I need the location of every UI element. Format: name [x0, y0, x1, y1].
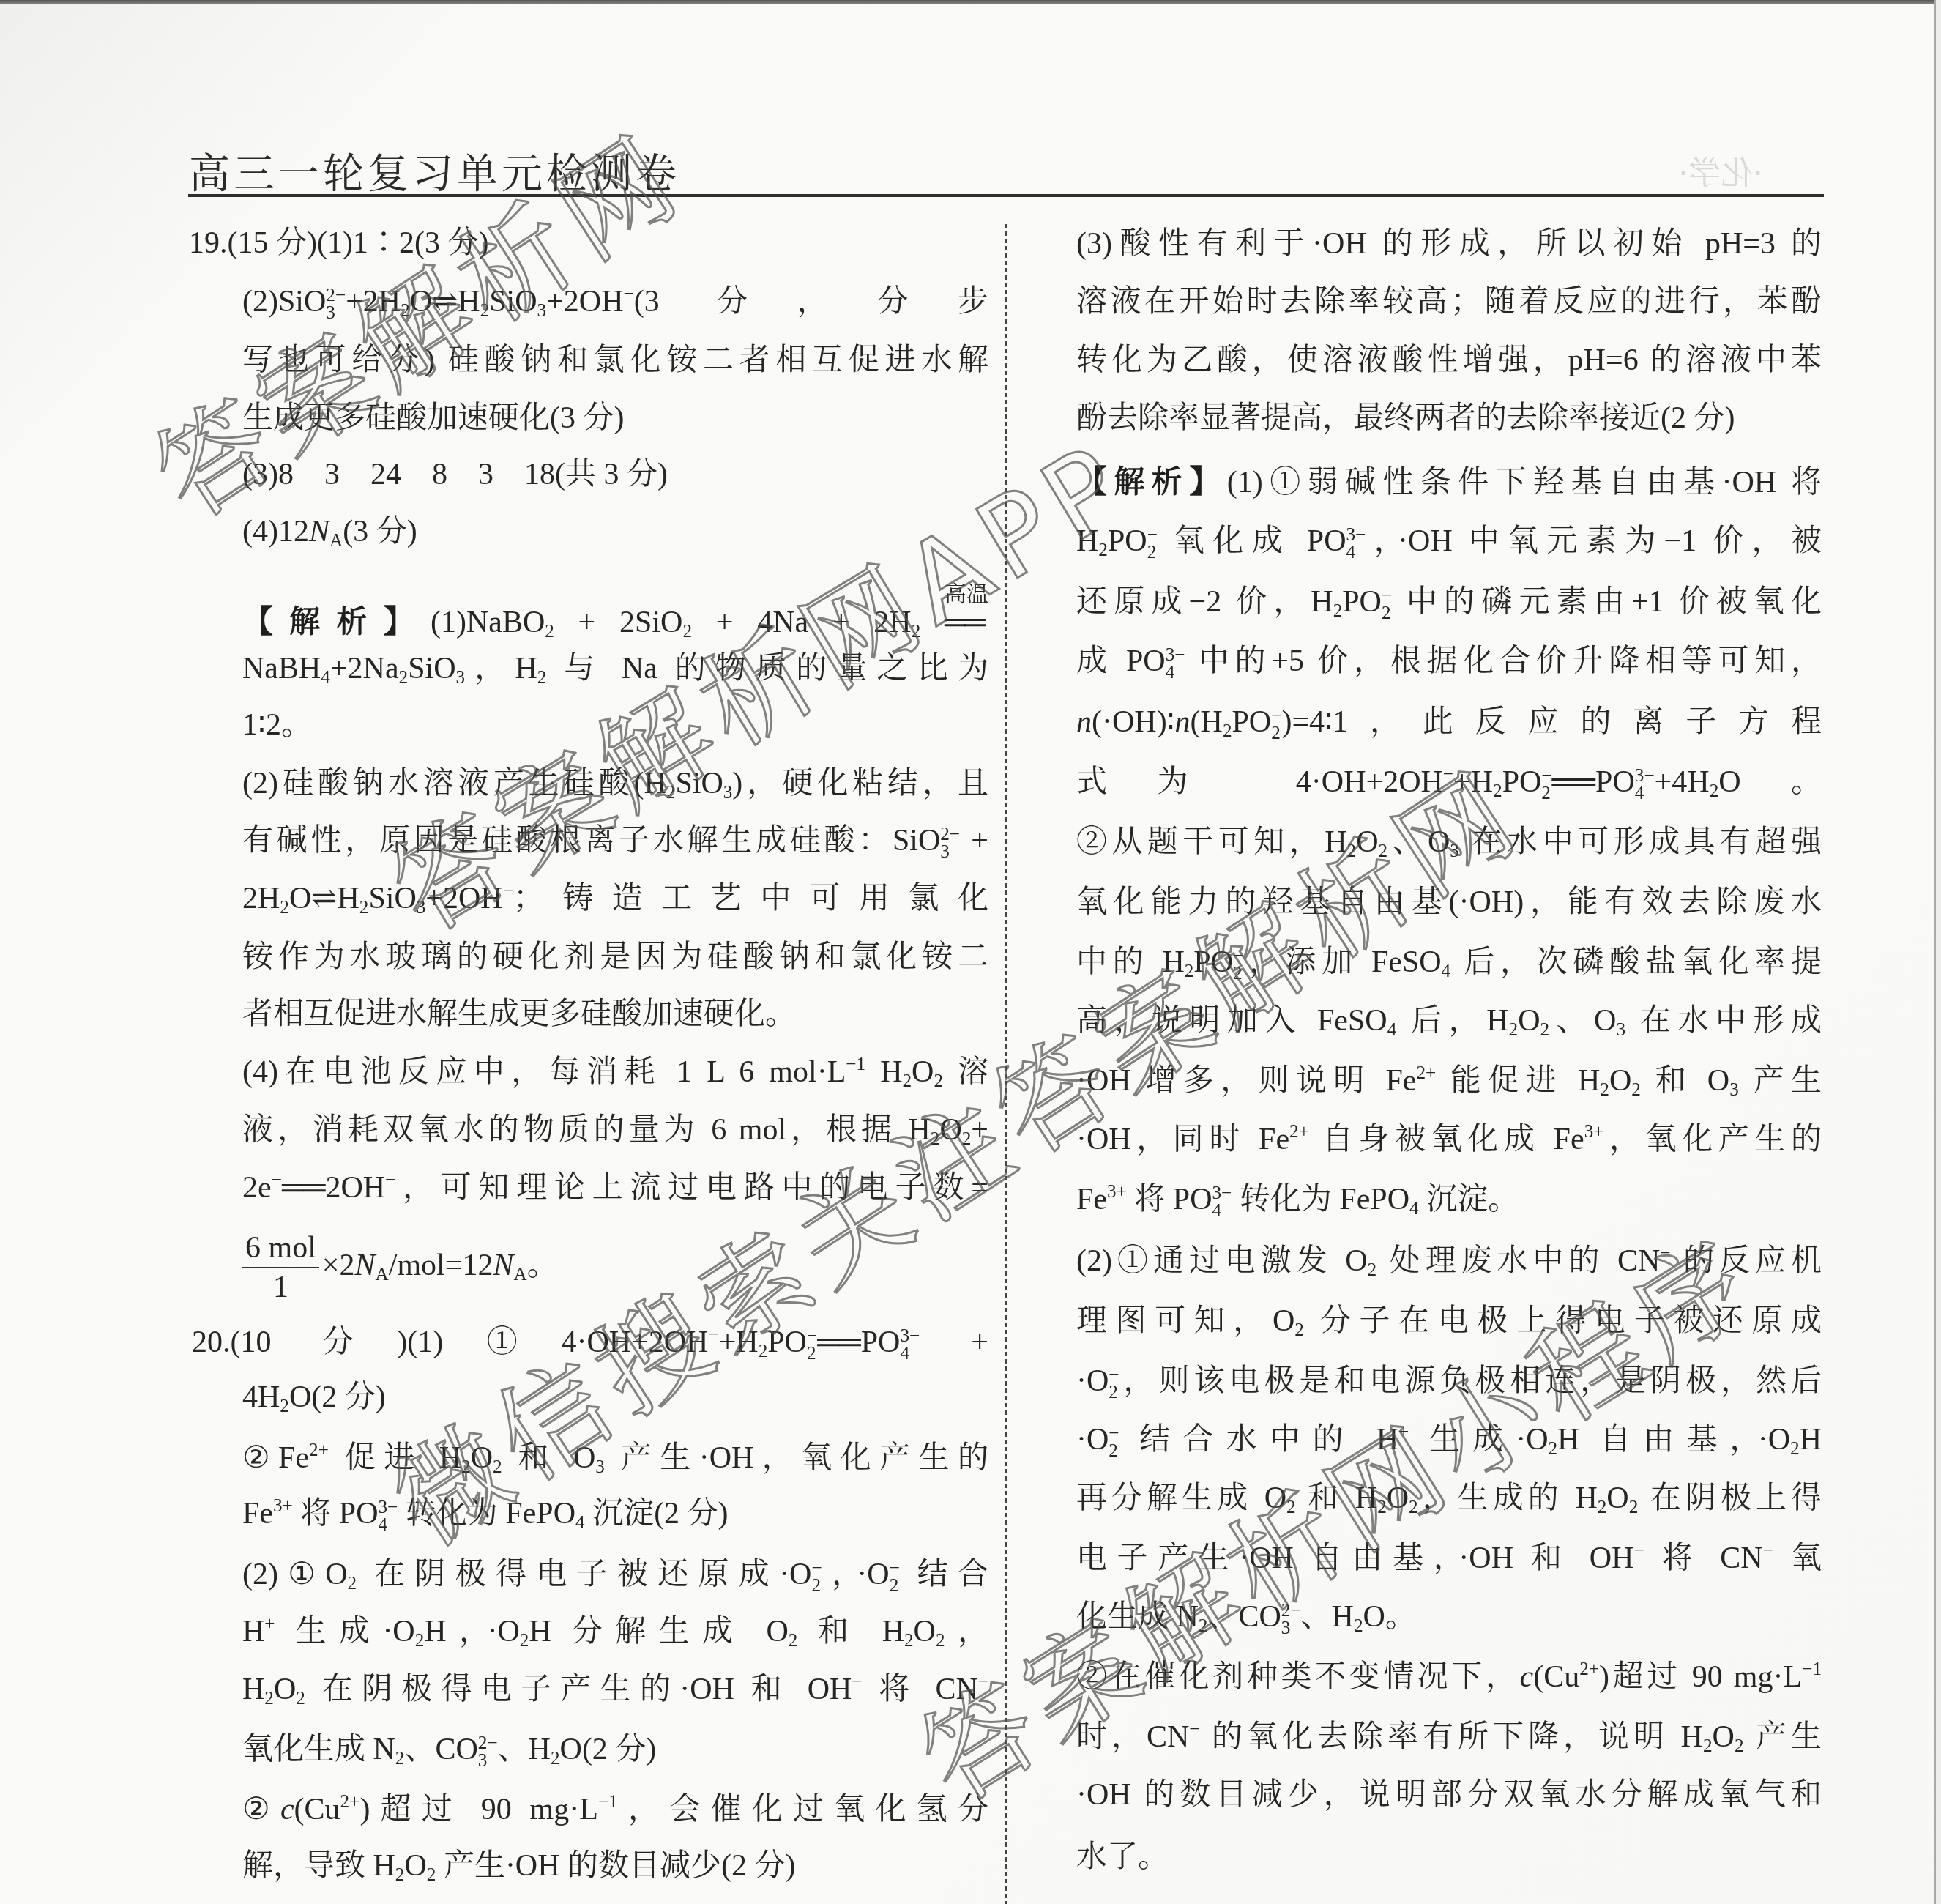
subscript: 3 [456, 668, 466, 688]
subscript: A [376, 1265, 389, 1284]
superscript: − [852, 1672, 862, 1692]
text-line: 水了。 [1076, 1828, 1822, 1886]
subscript: 2 [912, 622, 921, 642]
subscript: 2 [545, 622, 554, 642]
superscript: − [890, 1560, 900, 1577]
subscript: 4 [1409, 1199, 1419, 1219]
subscript: 2 [1185, 962, 1194, 981]
subscript: 3 [326, 305, 346, 322]
stacked-index: −2 [1382, 587, 1392, 622]
subscript: 2 [1098, 540, 1108, 560]
subscript: 2 [1509, 1020, 1519, 1040]
subscript: 4 [575, 1513, 585, 1533]
text-line: NaBH4+2Na2SiO3，H2 与 Na 的物质的量之比为 [242, 639, 988, 698]
stacked-index: −2 [890, 1560, 900, 1595]
subscript: 2 [493, 1457, 502, 1477]
superscript: − [1147, 527, 1158, 544]
text-line: 中的 H2PO−2，添加 FeSO4 后，次磷酸盐氧化率提 [1076, 933, 1822, 992]
superscript: − [1443, 765, 1453, 784]
text-line: H+ 生成·O2H，·O2H 分解生成 O2 和 H2O2， [242, 1602, 988, 1661]
subscript: 2 [1540, 1020, 1549, 1040]
fraction-denominator: 1 [242, 1268, 319, 1306]
subscript: 2 [1368, 1260, 1377, 1280]
superscript: 3+ [273, 1496, 293, 1516]
text-line: 19.(15 分)(1)1∶2(3 分) [189, 214, 988, 272]
superscript: 2+ [1579, 1659, 1599, 1679]
superscript: 2− [940, 826, 960, 844]
subscript: 2 [1147, 544, 1158, 562]
subscript: 2 [936, 1631, 945, 1651]
superscript: 3+ [1107, 1182, 1127, 1202]
text-line: 者相互促进水解生成更多硅酸加速硬化。 [242, 985, 988, 1044]
superscript: 3+ [1584, 1122, 1604, 1142]
subscript: 3 [1729, 1080, 1739, 1100]
superscript: 3− [1346, 527, 1366, 544]
superscript: − [1382, 587, 1392, 605]
scan-border-top [0, 0, 1941, 4]
equation-text: ×2NA/mol=12NA。 [322, 1249, 558, 1282]
text-line: (2)①通过电激发 O2 处理废水中的 CN− 的反应机 [1076, 1232, 1822, 1290]
subscript: 2 [931, 1129, 940, 1149]
subscript: 4 [379, 1517, 398, 1534]
superscript: −1 [598, 1792, 618, 1812]
text-line: 再分解生成 O2 和 H2O2，生成的 H2O2 在阴极上得 [1076, 1469, 1822, 1528]
subscript: 2 [1354, 1616, 1363, 1636]
subscript: 4 [1212, 1202, 1232, 1220]
subscript: 2 [348, 1574, 357, 1594]
italic-variable: n [1175, 705, 1191, 739]
subscript: A [329, 531, 343, 551]
subscript: 2 [1409, 1498, 1418, 1517]
subscript: 2 [759, 1342, 768, 1361]
superscript: 3− [1635, 767, 1655, 785]
subscript: 2 [1294, 1320, 1304, 1340]
superscript: 3− [1166, 647, 1185, 664]
text-line: (4)12NA(3 分) [242, 502, 988, 561]
italic-variable: n [1076, 705, 1092, 739]
subscript: 2 [934, 1071, 943, 1091]
text-line: (3)酸性有利于·OH 的形成，所以初始 pH=3 的 [1076, 215, 1822, 273]
subscript: 4 [321, 668, 330, 688]
superscript: 2+ [340, 1792, 360, 1812]
superscript: −1 [846, 1055, 865, 1074]
text-line: (2)①O2 在阴极得电子被还原成·O−2，·O−2 结合 [242, 1545, 988, 1604]
stacked-index: −2 [1271, 707, 1281, 743]
subscript: 2 [1377, 1498, 1387, 1517]
text-line: 写也可给分) 硅酸钠和氯化铵二者相互促进水解 [242, 331, 988, 390]
subscript: 2 [904, 1631, 914, 1651]
superscript: 2− [1281, 1602, 1301, 1620]
subscript: 2 [807, 1345, 817, 1363]
text-line: 6 mol1×2NA/mol=12NA。 [242, 1221, 988, 1309]
subscript: 2 [551, 1749, 560, 1769]
stacked-index: −2 [811, 1560, 822, 1595]
subscript: 2 [1382, 605, 1392, 622]
subscript: 2 [962, 1129, 972, 1149]
text-line: 还原成−2 价，H2PO−2 中的磷元素由+1 价被氧化 [1076, 573, 1822, 631]
header-rule [188, 194, 1824, 198]
text-line: 酚去除率显著提高，最终两者的去除率接近(2 分) [1076, 389, 1822, 447]
condition-label: 高温 [945, 582, 988, 607]
fraction-numerator: 6 mol [242, 1229, 319, 1268]
subscript: 4 [1346, 544, 1366, 562]
stacked-index: 2−3 [326, 287, 346, 322]
subscript: 4 [1635, 785, 1655, 803]
page-title: 高三一轮复习单元检测卷 [189, 150, 680, 198]
text-line: 化生成 N2、CO2−3、H2O。 [1076, 1588, 1822, 1646]
text-line: ②从题干可知，H2O2、O3 在水中可形成具有超强 [1076, 813, 1822, 871]
superscript: − [272, 1170, 282, 1190]
column-divider [1005, 224, 1007, 1904]
scan-margin-right [1936, 0, 1941, 1904]
subscript: 2 [1109, 1443, 1119, 1460]
subscript: 3 [1616, 1020, 1625, 1040]
superscript: − [1109, 1366, 1119, 1384]
subscript: 2 [1549, 1439, 1558, 1459]
fraction: 6 mol1 [242, 1229, 319, 1306]
text-line: 解，导致 H2O2 产生·OH 的数目减少(2 分) [242, 1837, 988, 1895]
subscript: 2 [1199, 1616, 1208, 1636]
subscript: 2 [1271, 725, 1281, 743]
italic-variable: N [493, 1249, 513, 1282]
superscript: − [503, 881, 513, 901]
text-line: 2e−══2OH−，可知理论上流过电路中的电子数= [242, 1159, 988, 1217]
text-line: ·OH，同时 Fe2+ 自身被氧化成 Fe3+，氧化产生的 [1076, 1110, 1822, 1169]
superscript: − [1633, 1541, 1644, 1561]
text-line: (2)硅酸钠水溶液产生硅酸(H2SiO3)，硬化粘结，且 [242, 754, 988, 813]
text-line: 式为 4·OH+2OH−+H2PO−2══PO3−4+4H2O。 [1076, 753, 1822, 811]
text-line: 4H2O(2 分) [242, 1368, 988, 1427]
superscript: 2+ [1289, 1122, 1309, 1142]
stacked-index: 2−3 [478, 1735, 498, 1770]
superscript: 2− [478, 1735, 498, 1752]
text-line: ②Fe2+ 促进 H2O2 和 O3 产生·OH，氧化产生的 [242, 1429, 988, 1487]
subscript: 2 [1233, 965, 1243, 983]
text-line: H2O2 在阴极得电子产生的·OH 和 OH− 将 CN− [242, 1660, 988, 1719]
italic-variable: c [1520, 1660, 1534, 1694]
analysis-label: 【解析】 [242, 603, 431, 639]
subscript: 2 [415, 1631, 425, 1651]
subscript: 3 [537, 301, 547, 321]
equals-sign: ══ [945, 607, 988, 638]
stacked-index: −2 [807, 1328, 817, 1363]
italic-variable: N [309, 515, 329, 548]
subscript: A [513, 1265, 526, 1284]
superscript: − [624, 284, 634, 304]
text-line: 时，CN− 的氧化去除率有所下降，说明 H2O2 产生 [1076, 1708, 1822, 1766]
subscript: 3 [1281, 1620, 1301, 1637]
subscript: 2 [1333, 601, 1343, 621]
stacked-index: 3−4 [379, 1499, 398, 1534]
superscript: −1 [1802, 1659, 1822, 1679]
stacked-index: 3−4 [1166, 647, 1185, 682]
superscript: − [1763, 1541, 1773, 1561]
superscript: + [1398, 1422, 1409, 1442]
superscript: − [1541, 767, 1551, 785]
analysis-label: 【解析】 [1076, 464, 1227, 499]
subscript: 2 [1790, 1439, 1800, 1459]
subscript: 2 [789, 1631, 798, 1651]
text-line: 1∶2。 [242, 696, 988, 754]
text-line: 氧化生成 N2、CO2−3、H2O(2 分) [242, 1720, 988, 1779]
subscript: 2 [682, 622, 692, 642]
superscript: − [1189, 1719, 1199, 1739]
text-line: 成 PO3−4 中的+5 价，根据化合价升降相等可知， [1076, 632, 1822, 691]
subscript: 2 [1223, 721, 1232, 741]
text-line: 转化为乙酸，使溶液酸性增强，pH=6 的溶液中苯 [1076, 331, 1822, 390]
subscript: 2 [1286, 1498, 1296, 1517]
superscript: 2+ [309, 1440, 329, 1460]
text-line: ·OH 的数目减少，说明部分双氧水分解成氧气和 [1076, 1766, 1822, 1824]
stacked-index: 3−4 [1212, 1185, 1232, 1220]
scanned-page: 高三一轮复习单元检测卷 ·化学· 19.(15 分)(1)1∶2(3 分) (2… [0, 0, 1941, 1904]
equation-text: (1)NaBO2 + 2SiO2 + 4Na + 2H2 [431, 606, 945, 639]
stacked-index: −2 [1109, 1366, 1119, 1402]
stacked-index: 2−3 [940, 826, 960, 861]
subscript: 2 [427, 1865, 436, 1885]
subscript: 2 [359, 898, 369, 918]
stacked-index: 3−4 [900, 1328, 920, 1363]
superscript: − [1109, 1425, 1119, 1443]
analysis-text: (1)①弱碱性条件下羟基自由基·OH 将 [1227, 466, 1822, 499]
text-line: 2H2O⇌H2SiO3+2OH−；铸造工艺中可用氯化 [242, 869, 988, 928]
text-line: 液，消耗双氧水的物质的量为 6 mol，根据 H2O2+ [242, 1101, 988, 1159]
text-line: H2PO−2 氧化成 PO3−4，·OH 中氧元素为−1 价，被 [1076, 512, 1822, 570]
subscript: 3 [723, 783, 733, 803]
subscript: 2 [280, 1397, 289, 1416]
superscript: − [708, 1325, 718, 1345]
stacked-index: 3−4 [1635, 767, 1655, 803]
text-line: 【解析】(1)①弱碱性条件下羟基自由基·OH 将 [1076, 453, 1822, 511]
superscript: 3− [379, 1499, 398, 1517]
subscript: 3 [595, 1457, 605, 1477]
subscript: 2 [902, 1071, 912, 1091]
subscript: 4 [900, 1345, 920, 1363]
subscript: 2 [1629, 1498, 1639, 1517]
subscript: 2 [395, 1865, 405, 1885]
italic-variable: N [355, 1249, 376, 1282]
subscript: 4 [1442, 962, 1451, 981]
subscript: 2 [1710, 781, 1719, 801]
stacked-index: 2−3 [1281, 1602, 1301, 1637]
text-line: ②c(Cu2+)超过 90 mg·L−1，会催化过氧化氢分 [242, 1780, 988, 1839]
text-line: 电子产生·OH 自由基，·OH 和 OH− 将 CN− 氧 [1076, 1529, 1822, 1588]
subscript: 4 [1166, 664, 1185, 682]
text-line: ·O−2，则该电极是和电源负极相连，是阴极，然后 [1076, 1352, 1822, 1410]
subscript: 2 [401, 301, 410, 321]
subscript: 2 [666, 783, 676, 803]
subscript: 2 [1631, 1080, 1641, 1100]
stacked-index: −2 [1109, 1425, 1119, 1460]
text-line: 20.(10 分)(1)①4·OH+2OH−+H2PO−2══PO3−4 + [192, 1313, 988, 1372]
text-line: (4)在电池反应中，每消耗 1 L 6 mol·L−1 H2O2 溶 [242, 1043, 988, 1101]
text-line: n(·OH)∶n(H2PO−2)=4∶1，此反应的离子方程 [1076, 693, 1822, 751]
superscript: + [264, 1614, 275, 1634]
text-line: (3)8 3 24 8 3 18(共 3 分) [242, 445, 988, 504]
subscript: 4 [1387, 1020, 1397, 1040]
text-line: Fe3+ 将 PO3−4 转化为 FePO4 沉淀(2 分) [242, 1484, 988, 1543]
subscript: 3 [417, 898, 426, 918]
superscript: − [1271, 707, 1281, 725]
text-line: 氧化能力的羟基自由基(·OH)，能有效去除废水 [1076, 873, 1822, 931]
superscript: 2− [326, 287, 346, 305]
text-line: 高，说明加入 FeSO4 后，H2O2、O3 在水中形成 [1076, 992, 1822, 1050]
subscript: 3 [478, 1752, 498, 1770]
superscript: − [811, 1560, 822, 1577]
superscript: − [1233, 948, 1243, 965]
superscript: 2+ [1416, 1063, 1436, 1083]
subscript: 2 [399, 668, 409, 688]
reaction-condition: 高温══ [945, 582, 988, 638]
subscript: 2 [890, 1577, 900, 1595]
subscript: 2 [296, 1689, 305, 1708]
subscript: 2 [1703, 1736, 1713, 1756]
text-line: 溶液在开始时去除率较高；随着反应的进行，苯酚 [1076, 272, 1822, 331]
text-line: 有碱性，原因是硅酸根离子水解生成硅酸：SiO2−3 + [242, 811, 988, 870]
text-line: 生成更多硅酸加速硬化(3 分) [242, 389, 988, 447]
subscript: 2 [1598, 1498, 1607, 1517]
subscript: 2 [395, 1749, 405, 1769]
stacked-index: −2 [1541, 767, 1551, 803]
subscript: 2 [480, 301, 490, 321]
stacked-index: 3−4 [1346, 527, 1366, 562]
subscript: 2 [1600, 1080, 1609, 1100]
italic-variable: c [280, 1793, 294, 1826]
stacked-index: −2 [1233, 948, 1243, 983]
text-line: Fe3+ 将 PO3−4 转化为 FePO4 沉淀。 [1076, 1170, 1822, 1229]
superscript: 3− [900, 1328, 920, 1345]
subscript: 2 [1109, 1384, 1119, 1402]
superscript: − [807, 1328, 817, 1345]
text-line: 【解析】(1)NaBO2 + 2SiO2 + 4Na + 2H2 高温══ [242, 582, 988, 641]
superscript: 3− [1212, 1185, 1232, 1202]
text-line: (2)SiO2−3+2H2O⇌H2SiO3+2OH−(3 分，分步 [242, 272, 988, 331]
subscript: 2 [1493, 781, 1502, 801]
bleedthrough-subject-label: ·化学· [1678, 155, 1763, 193]
subscript: 2 [537, 668, 547, 688]
subscript: 2 [1735, 1736, 1744, 1756]
subscript: 2 [1378, 841, 1387, 861]
stacked-index: −2 [1147, 527, 1158, 562]
subscript: 2 [811, 1577, 822, 1595]
text-line: ·OH 增多，则说明 Fe2+ 能促进 H2O2 和 O3 产生 [1076, 1052, 1822, 1110]
subscript: 2 [461, 1457, 471, 1477]
subscript: 2 [520, 1631, 529, 1651]
subscript: 3 [1450, 841, 1459, 861]
subscript: 2 [1541, 785, 1551, 803]
text-line: 铵作为水玻璃的硬化剂是因为硅酸钠和氯化铵二 [242, 928, 988, 986]
subscript: 2 [264, 1689, 274, 1708]
superscript: − [1660, 1243, 1670, 1263]
subscript: 3 [940, 844, 960, 861]
text-line: ②在催化剂种类不变情况下，c(Cu2+)超过 90 mg·L−1 [1076, 1648, 1822, 1706]
text-line: 理图可知，O2 分子在电极上得电子被还原成 [1076, 1292, 1822, 1350]
subscript: 2 [1347, 841, 1357, 861]
superscript: − [978, 1672, 988, 1692]
subscript: 2 [280, 898, 289, 918]
superscript: − [385, 1170, 395, 1190]
text-line: ·O−2 结合水中的 H+ 生成·O2H 自由基，·O2H [1076, 1410, 1822, 1469]
